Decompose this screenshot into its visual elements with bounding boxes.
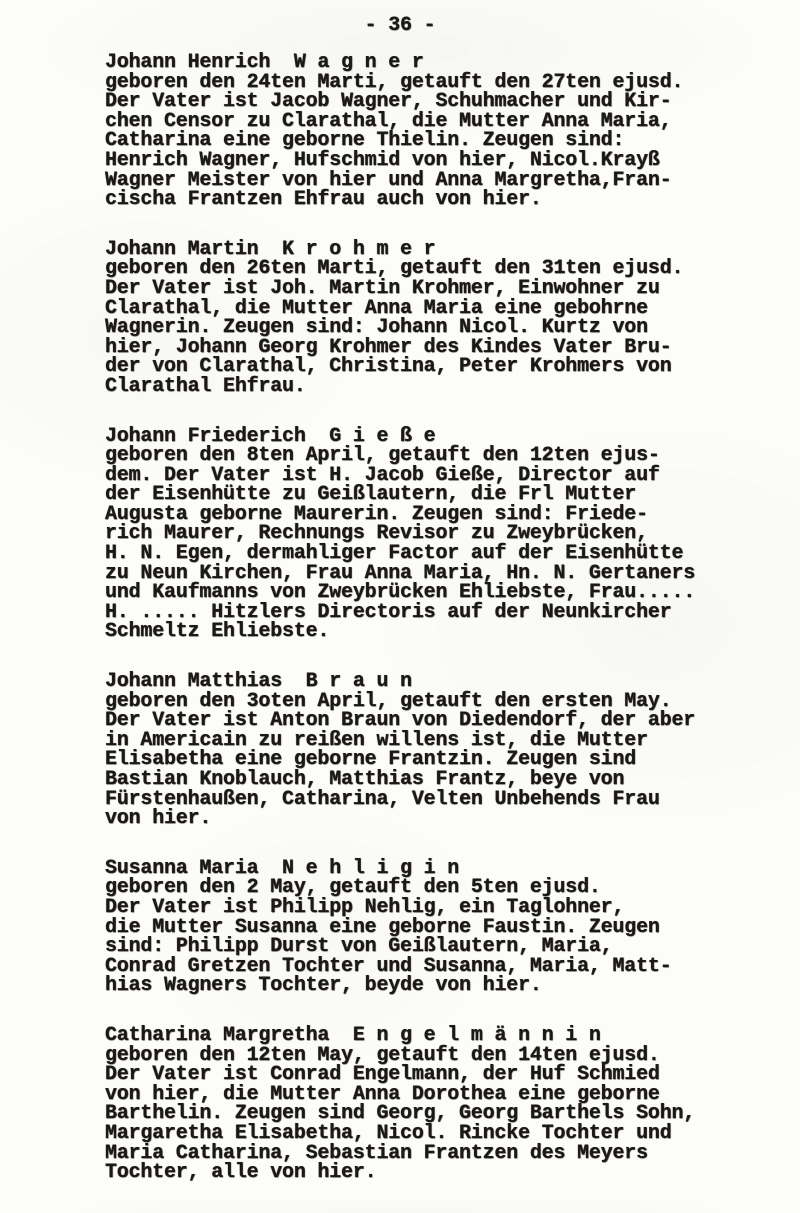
page-number: - 36 -: [0, 16, 800, 36]
baptism-entry: Johann Henrich W a g n e r geboren den 2…: [105, 53, 745, 210]
baptism-entry: Catharina Margretha E n g e l m ä n n i …: [105, 1026, 745, 1183]
baptism-entry: Johann Friederich G i e ß e geboren den …: [105, 427, 745, 643]
entry-body-text: geboren den 12ten May, getauft den 14ten…: [105, 1046, 745, 1183]
page-body: Johann Henrich W a g n e r geboren den 2…: [105, 53, 745, 1200]
entry-name-heading: Johann Matthias B r a u n: [105, 672, 745, 692]
entry-body-text: geboren den 2 May, getauft den 5ten ejus…: [105, 878, 745, 996]
entry-body-text: geboren den 24ten Marti, getauft den 27t…: [105, 73, 745, 210]
entry-body-text: geboren den 26ten Marti, getauft den 31t…: [105, 259, 745, 396]
baptism-entry: Susanna Maria N e h l i g i n geboren de…: [105, 859, 745, 996]
entry-body-text: geboren den 8ten April, getauft den 12te…: [105, 446, 745, 642]
scanned-register-page: - 36 - Johann Henrich W a g n e r gebore…: [0, 0, 800, 1200]
entry-body-text: geboren den 3oten April, getauft den ers…: [105, 692, 745, 829]
entry-name-heading: Johann Henrich W a g n e r: [105, 53, 745, 73]
entry-name-heading: Catharina Margretha E n g e l m ä n n i …: [105, 1026, 745, 1046]
baptism-entry: Johann Matthias B r a u n geboren den 3o…: [105, 672, 745, 829]
baptism-entry: Johann Martin K r o h m e r geboren den …: [105, 240, 745, 397]
